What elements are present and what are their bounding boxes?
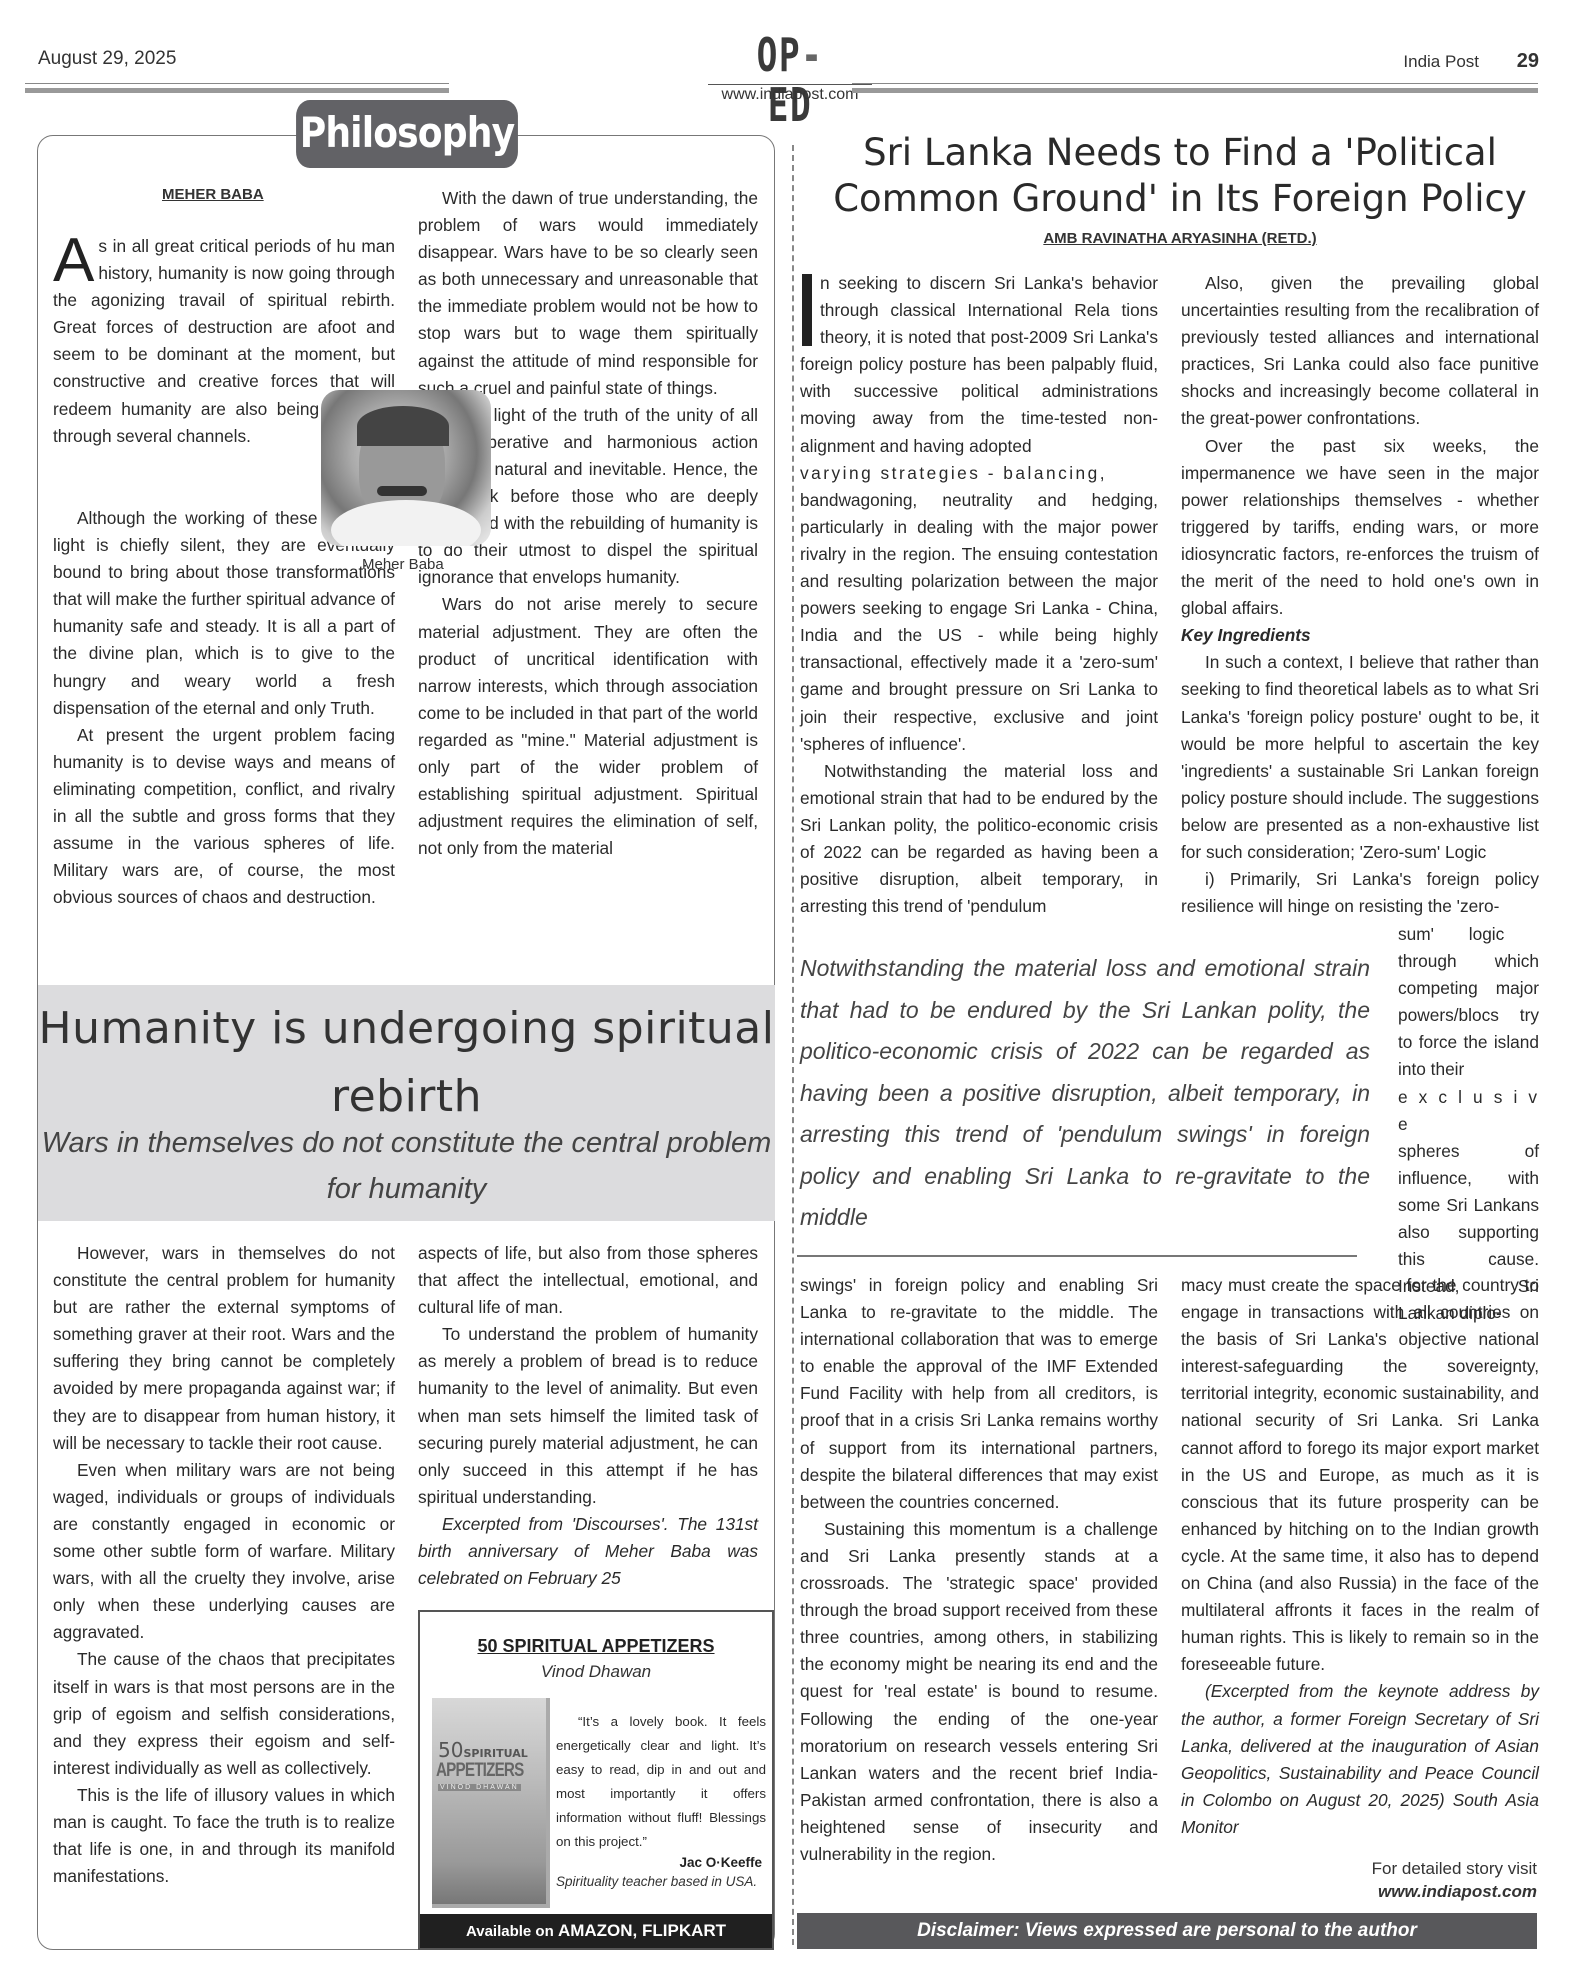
source-note: Excerpted from 'Discourses'. The 131st b…	[418, 1511, 758, 1592]
testimonial-role: Spirituality teacher based in USA.	[556, 1872, 766, 1891]
paragraph: Also, given the prevailing global uncert…	[1181, 270, 1539, 433]
photo-garland	[331, 500, 481, 546]
read-more: For detailed story visit www.indiapost.c…	[1372, 1857, 1537, 1903]
paragraph: aspects of life, but also from those sph…	[418, 1240, 758, 1321]
paragraph: Sustaining this momentum is a challenge …	[800, 1516, 1158, 1868]
cover-author: VINOD DHAWAN	[438, 1784, 521, 1791]
book-advertisement[interactable]: 50 SPIRITUAL APPETIZERS Vinod Dhawan 50S…	[418, 1610, 774, 1950]
article-column-1: n seeking to discern Sri Lanka's behavio…	[800, 270, 1158, 920]
read-more-label: For detailed story visit	[1372, 1857, 1537, 1880]
paragraph: The cause of the chaos that precipitates…	[53, 1646, 395, 1781]
paragraph: To understand the problem of humanity as…	[418, 1321, 758, 1511]
drop-cap-i	[802, 274, 812, 346]
paper-name: India Post	[1403, 52, 1479, 72]
subhead-key-ingredients: Key Ingredients	[1181, 622, 1539, 649]
pull-quote-rule	[797, 1255, 1357, 1257]
philosophy-column-4: aspects of life, but also from those sph…	[418, 1240, 758, 1592]
paragraph: Over the past six weeks, the impermanenc…	[1181, 433, 1539, 623]
subheadline: Wars in themselves do not constitute the…	[38, 1120, 775, 1212]
article-narrow-column: sum' logic through which competing major…	[1398, 921, 1539, 1327]
header-rule	[25, 83, 449, 84]
testimonial-quote: “It’s a lovely book. It feels energetica…	[556, 1710, 766, 1854]
paragraph: However, wars in themselves do not const…	[53, 1240, 395, 1457]
paragraph: At present the urgent problem facing hum…	[53, 722, 395, 912]
availability-banner[interactable]: Available on AMAZON, FLIPKART	[420, 1914, 772, 1948]
article-column-2: Also, given the prevailing global uncert…	[1181, 270, 1539, 920]
cover-number: 50SPIRITUAL	[438, 1738, 528, 1762]
header-rule	[852, 83, 1538, 84]
read-more-link[interactable]: www.indiapost.com	[1378, 1882, 1537, 1901]
drop-cap: A	[53, 235, 94, 287]
article-title: Sri Lanka Needs to Find a 'Political Com…	[800, 130, 1560, 222]
book-author: Vinod Dhawan	[420, 1662, 772, 1682]
book-title: 50 SPIRITUAL APPETIZERS	[420, 1636, 772, 1657]
photo-hair	[357, 406, 449, 446]
paragraph: This is the life of illusory values in w…	[53, 1782, 395, 1890]
header-bar	[25, 88, 449, 93]
headline: Humanity is undergoing spiritual rebirth	[38, 995, 775, 1131]
cover-title: APPETIZERS	[436, 1760, 523, 1782]
paragraph: n seeking to discern Sri Lanka's behavio…	[800, 270, 1158, 758]
paragraph-text: varying strategies - balancing,	[800, 463, 1107, 483]
logo-dash: -	[801, 28, 823, 82]
photo-caption: Meher Baba	[362, 556, 444, 573]
philosophy-column-1-cont: Although the working of these forces of …	[53, 505, 395, 911]
header-bar	[852, 88, 1538, 93]
logo-op: OP	[757, 28, 802, 82]
paragraph: Notwithstanding the material loss and em…	[800, 758, 1158, 921]
section-tab-philosophy: Philosophy	[296, 100, 518, 168]
availability-prefix: Available on	[466, 1923, 558, 1940]
paragraph: sum' logic	[1398, 921, 1539, 948]
column-separator	[792, 145, 794, 1945]
paragraph: Wars do not arise merely to secure mater…	[418, 591, 758, 862]
paragraph: In such a context, I believe that rather…	[1181, 649, 1539, 866]
paragraph-text: bandwagoning, neutrality and hedging, pa…	[800, 490, 1158, 754]
page-number: 29	[1517, 50, 1539, 73]
paragraph: through which competing major powers/blo…	[1398, 948, 1539, 1083]
philosophy-column-3: However, wars in themselves do not const…	[53, 1240, 395, 1890]
disclaimer-banner: Disclaimer: Views expressed are personal…	[797, 1913, 1537, 1949]
source-note: (Excerpted from the keynote address by t…	[1181, 1678, 1539, 1841]
article-column-2-bottom: macy must create the space for the count…	[1181, 1272, 1539, 1841]
paragraph: macy must create the space for the count…	[1181, 1272, 1539, 1678]
issue-date: August 29, 2025	[38, 48, 176, 70]
meher-baba-photo	[321, 390, 491, 546]
pull-quote: Notwithstanding the material loss and em…	[800, 948, 1370, 1239]
paragraph: e x c l u s i v e	[1398, 1084, 1539, 1138]
article-column-1-bottom: swings' in foreign policy and enabling S…	[800, 1272, 1158, 1868]
paragraph: Even when military wars are not being wa…	[53, 1457, 395, 1647]
paragraph: i) Primarily, Sri Lanka's foreign policy…	[1181, 866, 1539, 920]
paragraph: With the dawn of true understanding, the…	[418, 185, 758, 402]
testimonial-author: Jac O·Keeffe	[679, 1855, 762, 1870]
photo-mustache	[377, 486, 427, 496]
paragraph: swings' in foreign policy and enabling S…	[800, 1272, 1158, 1516]
store-names: AMAZON, FLIPKART	[558, 1921, 726, 1940]
book-cover-image: 50SPIRITUAL APPETIZERS VINOD DHAWAN	[432, 1698, 550, 1908]
paragraph-text: n seeking to discern Sri Lanka's behavio…	[800, 273, 1158, 456]
article-byline: AMB RAVINATHA ARYASINHA (RETD.)	[800, 230, 1560, 247]
section-logo: OP-ED	[745, 30, 835, 130]
logo-rule	[708, 84, 872, 85]
author-byline: MEHER BABA	[162, 186, 264, 203]
